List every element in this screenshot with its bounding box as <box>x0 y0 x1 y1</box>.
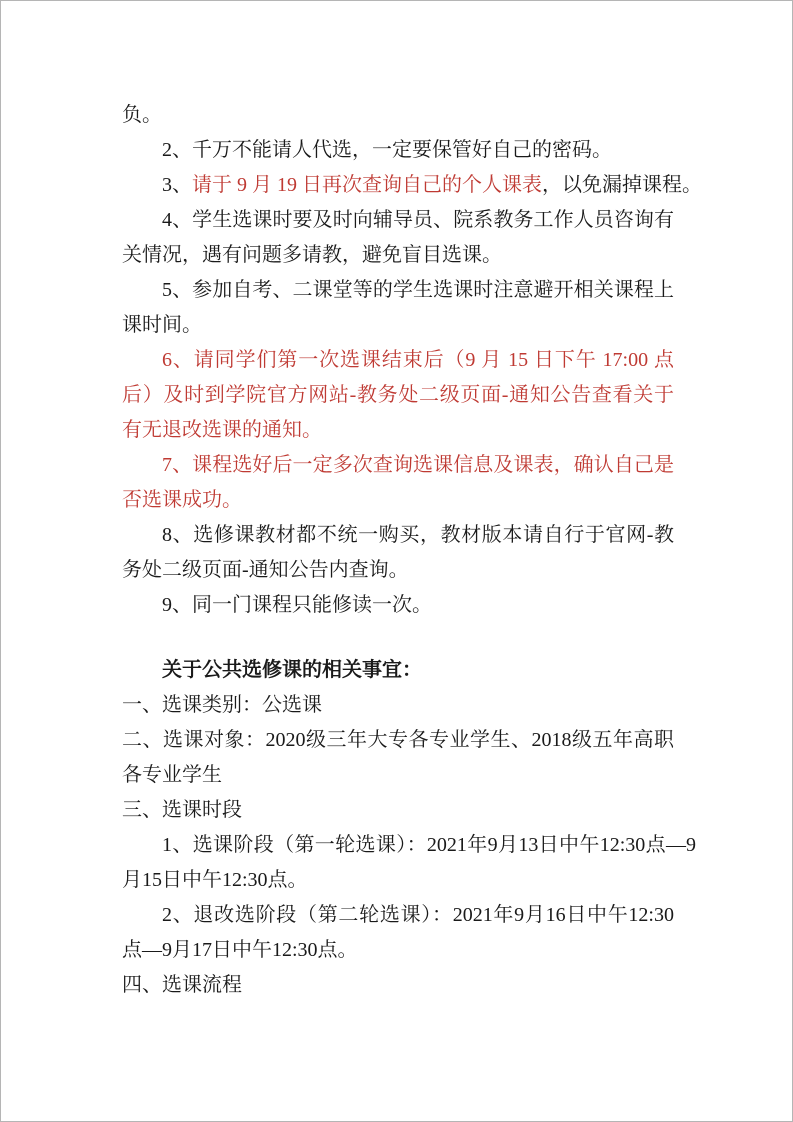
text-run: 5、参加自考、二课堂等的学生选课时注意避开相关课程上课时间。 <box>122 279 674 336</box>
text-run: 7、课程选好后一定多次查询选课信息及课表，确认自己是否选课成功。 <box>122 454 674 511</box>
phase-2-second-round: 2、退改选阶段（第二轮选课）：2021年9月16日中午12:30点—9月17日中… <box>122 898 674 968</box>
section-item-4-process: 四、选课流程 <box>122 968 674 1003</box>
text-run: 9、同一门课程只能修读一次。 <box>162 594 432 616</box>
notice-item-4: 4、学生选课时要及时向辅导员、院系教务工作人员咨询有关情况，遇有问题多请教，避免… <box>122 203 674 273</box>
text-run: 一、选课类别：公选课 <box>122 694 322 716</box>
text-run: 3、 <box>162 174 192 196</box>
notice-item-3: 3、请于 9 月 19 日再次查询自己的个人课表，以免漏掉课程。 <box>122 168 674 203</box>
notice-item-5: 5、参加自考、二课堂等的学生选课时注意避开相关课程上课时间。 <box>122 273 674 343</box>
text-run: 1、选课阶段（第一轮选课）：2021年9月13日中午12:30点—9月15日中午… <box>122 834 696 891</box>
document-page: 负。2、千万不能请人代选，一定要保管好自己的密码。3、请于 9 月 19 日再次… <box>0 0 793 1122</box>
section-item-3-period: 三、选课时段 <box>122 793 674 828</box>
text-run: 二、选课对象：2020级三年大专各专业学生、2018级五年高职各专业学生 <box>122 729 674 786</box>
text-run: 三、选课时段 <box>122 799 242 821</box>
notice-item-7: 7、课程选好后一定多次查询选课信息及课表，确认自己是否选课成功。 <box>122 448 674 518</box>
document-body: 负。2、千万不能请人代选，一定要保管好自己的密码。3、请于 9 月 19 日再次… <box>122 98 674 1003</box>
text-run: 2、退改选阶段（第二轮选课）：2021年9月16日中午12:30点—9月17日中… <box>122 904 674 961</box>
text-run: 2、千万不能请人代选，一定要保管好自己的密码。 <box>162 139 612 161</box>
text-run: 4、学生选课时要及时向辅导员、院系教务工作人员咨询有关情况，遇有问题多请教，避免… <box>122 209 674 266</box>
notice-item-9: 9、同一门课程只能修读一次。 <box>122 588 674 623</box>
text-run: 请于 9 月 19 日再次查询自己的个人课表 <box>192 174 542 196</box>
continuation-line: 负。 <box>122 98 674 133</box>
phase-1-first-round: 1、选课阶段（第一轮选课）：2021年9月13日中午12:30点—9月15日中午… <box>122 828 696 898</box>
notice-item-6: 6、请同学们第一次选课结束后（9 月 15 日下午 17:00 点后）及时到学院… <box>122 343 674 448</box>
text-run: 关于公共选修课的相关事宜： <box>162 659 422 681</box>
text-run: 8、选修课教材都不统一购买，教材版本请自行于官网-教务处二级页面-通知公告内查询… <box>122 524 674 581</box>
text-run: 6、请同学们第一次选课结束后（9 月 15 日下午 17:00 点后）及时到学院… <box>122 349 674 441</box>
notice-item-2: 2、千万不能请人代选，一定要保管好自己的密码。 <box>122 133 674 168</box>
section-item-1-category: 一、选课类别：公选课 <box>122 688 674 723</box>
text-run: 负。 <box>122 104 162 126</box>
notice-item-8: 8、选修课教材都不统一购买，教材版本请自行于官网-教务处二级页面-通知公告内查询… <box>122 518 674 588</box>
section-heading-public-electives: 关于公共选修课的相关事宜： <box>122 653 674 688</box>
section-item-2-target: 二、选课对象：2020级三年大专各专业学生、2018级五年高职各专业学生 <box>122 723 674 793</box>
text-run: 四、选课流程 <box>122 974 242 996</box>
text-run: ，以免漏掉课程。 <box>542 174 702 196</box>
